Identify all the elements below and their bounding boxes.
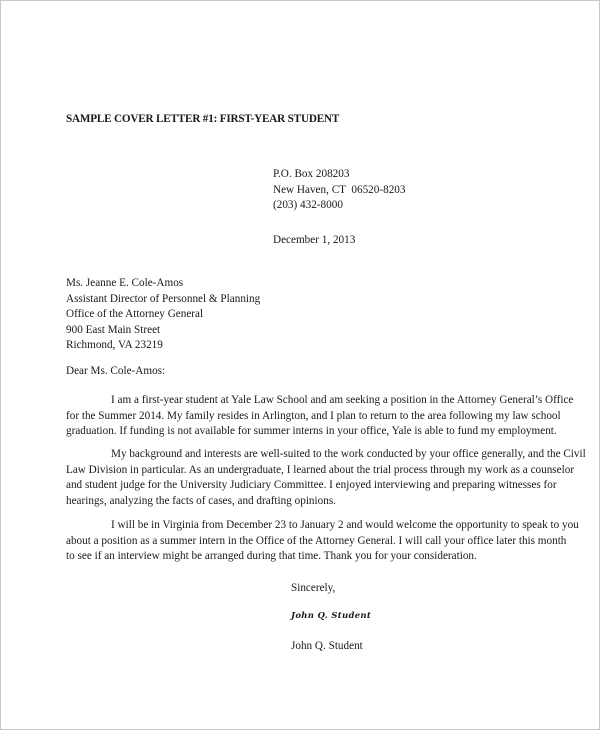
body-paragraph-1: I am a first-year student at Yale Law Sc… [66, 393, 546, 440]
paragraph-line: and student judge for the University Jud… [66, 478, 546, 494]
letter-date: December 1, 2013 [273, 234, 355, 246]
sender-line: New Haven, CT 06520-8203 [273, 183, 405, 199]
paragraph-line: graduation. If funding is not available … [66, 424, 546, 440]
closing: Sincerely, [291, 582, 335, 594]
paragraph-line: Law Division in particular. As an underg… [66, 463, 546, 479]
recipient-line: Richmond, VA 23219 [66, 338, 260, 354]
sender-address: P.O. Box 208203 New Haven, CT 06520-8203… [273, 167, 405, 214]
recipient-line: Office of the Attorney General [66, 307, 260, 323]
document-page: SAMPLE COVER LETTER #1: FIRST-YEAR STUDE… [0, 0, 600, 730]
body-paragraph-2: My background and interests are well-sui… [66, 447, 546, 509]
body-paragraph-3: I will be in Virginia from December 23 t… [66, 518, 546, 565]
paragraph-line: for the Summer 2014. My family resides i… [66, 409, 546, 425]
letter-title: SAMPLE COVER LETTER #1: FIRST-YEAR STUDE… [66, 113, 339, 125]
recipient-line: 900 East Main Street [66, 323, 260, 339]
handwritten-signature: John Q. Student [291, 611, 371, 621]
sender-line: (203) 432-8000 [273, 198, 405, 214]
recipient-line: Ms. Jeanne E. Cole-Amos [66, 276, 260, 292]
sender-line: P.O. Box 208203 [273, 167, 405, 183]
paragraph-line: I will be in Virginia from December 23 t… [66, 518, 546, 534]
paragraph-line: My background and interests are well-sui… [66, 447, 546, 463]
recipient-address: Ms. Jeanne E. Cole-Amos Assistant Direct… [66, 276, 260, 354]
recipient-line: Assistant Director of Personnel & Planni… [66, 292, 260, 308]
signer-name: John Q. Student [291, 640, 363, 652]
salutation: Dear Ms. Cole-Amos: [66, 365, 165, 377]
paragraph-line: about a position as a summer intern in t… [66, 534, 546, 550]
paragraph-line: I am a first-year student at Yale Law Sc… [66, 393, 546, 409]
paragraph-line: hearings, analyzing the facts of cases, … [66, 494, 546, 510]
paragraph-line: to see if an interview might be arranged… [66, 549, 546, 565]
